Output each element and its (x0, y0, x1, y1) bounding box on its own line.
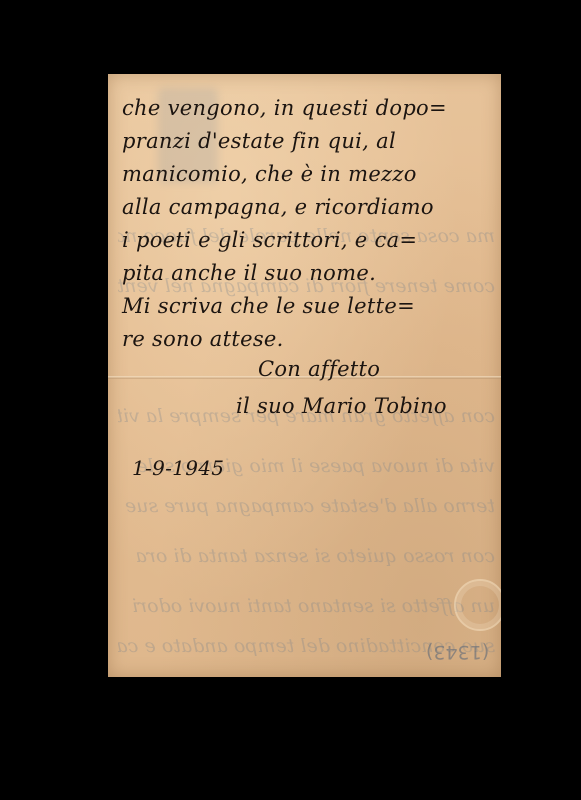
letter-line: i poeti e gli scrittori, e ca= (122, 228, 417, 252)
letter-line: manicomio, che è in mezzo (122, 162, 417, 186)
letter-line: re sono attese. (122, 327, 284, 351)
letter-page: ma cosa sento nelle parole del fuoco nas… (108, 74, 501, 677)
letter-line: pranzi d'estate fin qui, al (122, 129, 396, 153)
embossed-stamp (454, 579, 501, 631)
letter-date: 1-9-1945 (132, 456, 224, 480)
letter-line: alla campagna, e ricordiamo (122, 195, 434, 219)
letter-line: che vengono, in questi dopo= (122, 96, 447, 120)
bleed-through-text: terno alla d'estate campagna pure sue ne… (118, 494, 495, 519)
letter-closing: Con affetto (258, 357, 380, 381)
bleed-through-text: con rosso quieto si senza tanta di ora (118, 544, 495, 569)
letter-line: Mi scriva che le sue lette= (122, 294, 415, 318)
archive-pencil-number: (1343) (426, 641, 489, 663)
letter-signature: il suo Mario Tobino (236, 394, 447, 418)
bleed-through-text: un affetto si sentano tanti nuovi odori (118, 594, 495, 619)
letter-line: pita anche il suo nome. (122, 261, 376, 285)
